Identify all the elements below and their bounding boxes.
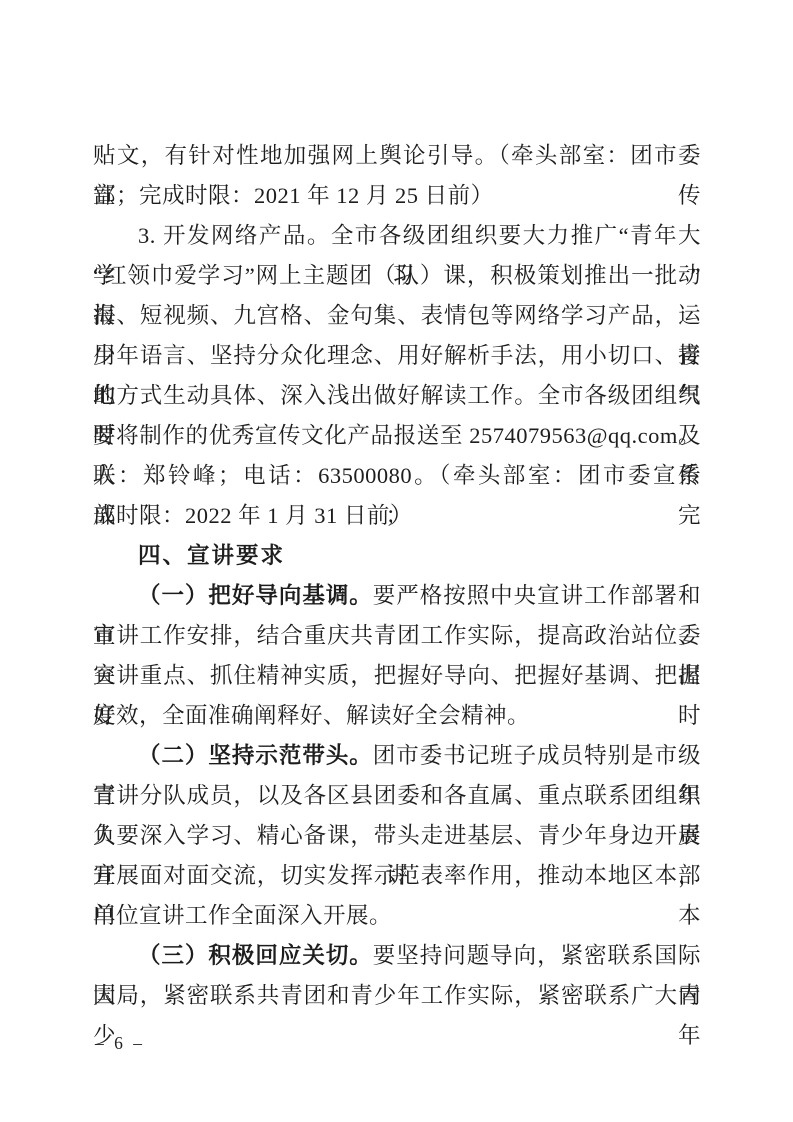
- text-line: （二）坚持示范带头。团市委书记班子成员特别是市级青年: [93, 736, 701, 776]
- text-line: 人：郑铃峰；电话：63500080。（牵头部室：团市委宣传部；完: [93, 456, 701, 496]
- text-segment: 单位宣讲工作全面深入开展。: [93, 903, 392, 928]
- text-line: 的方式生动具体、深入浅出做好解读工作。全市各级团组织要及: [93, 376, 701, 416]
- text-line: 贴文，有针对性地加强网上舆论引导。（牵头部室：团市委宣传: [93, 136, 701, 176]
- document-body: 贴文，有针对性地加强网上舆论引导。（牵头部室：团市委宣传部；完成时限：2021 …: [93, 136, 701, 1016]
- text-line: 宣讲工作安排，结合重庆共青团工作实际，提高政治站位、突出: [93, 616, 701, 656]
- page-number: – 6 –: [95, 1028, 145, 1058]
- document-page: 贴文，有针对性地加强网上舆论引导。（牵头部室：团市委宣传部；完成时限：2021 …: [0, 0, 793, 1122]
- text-line: 少年语言、坚持分众化理念、用好解析手法，用小切口、接地气: [93, 336, 701, 376]
- text-line: 开展面对面交流，切实发挥示范表率作用，推动本地区本部门本: [93, 856, 701, 896]
- text-segment: 大局，紧密联系共青团和青少年工作实际，紧密联系广大青少年: [93, 983, 701, 1048]
- text-line: 大局，紧密联系共青团和青少年工作实际，紧密联系广大青少年: [93, 976, 701, 1016]
- text-line: 报、短视频、九宫格、金句集、表情包等网络学习产品，运用青: [93, 296, 701, 336]
- text-line: 宣讲重点、抓住精神实质，把握好导向、把握好基调、把握好时: [93, 656, 701, 696]
- text-segment: 成时限：2022 年 1 月 31 日前）: [93, 503, 413, 528]
- text-segment: （一）把好导向基调。: [138, 583, 373, 608]
- text-line: 3. 开发网络产品。全市各级团组织要大力推广“青年大学习”: [93, 216, 701, 256]
- text-segment: 部；完成时限：2021 年 12 月 25 日前）: [93, 183, 494, 208]
- text-segment: 度效，全面准确阐释好、解读好全会精神。: [93, 703, 530, 728]
- text-line: 人要深入学习、精心备课，带头走进基层、青少年身边开展宣讲，: [93, 816, 701, 856]
- text-line: 时将制作的优秀宣传文化产品报送至 2574079563@qq.com。联系: [93, 416, 701, 456]
- text-line: 宣讲分队成员，以及各区县团委和各直属、重点联系团组织负责: [93, 776, 701, 816]
- text-segment: 四、宣讲要求: [138, 543, 285, 568]
- text-segment: （三）积极回应关切。: [138, 943, 373, 968]
- text-line: “红领巾爱学习”网上主题团（队）课，积极策划推出一批动海: [93, 256, 701, 296]
- text-line: 四、宣讲要求: [93, 536, 701, 576]
- text-line: （一）把好导向基调。要严格按照中央宣讲工作部署和市委: [93, 576, 701, 616]
- text-line: （三）积极回应关切。要坚持问题导向，紧密联系国际国内: [93, 936, 701, 976]
- text-segment: （二）坚持示范带头。: [138, 743, 373, 768]
